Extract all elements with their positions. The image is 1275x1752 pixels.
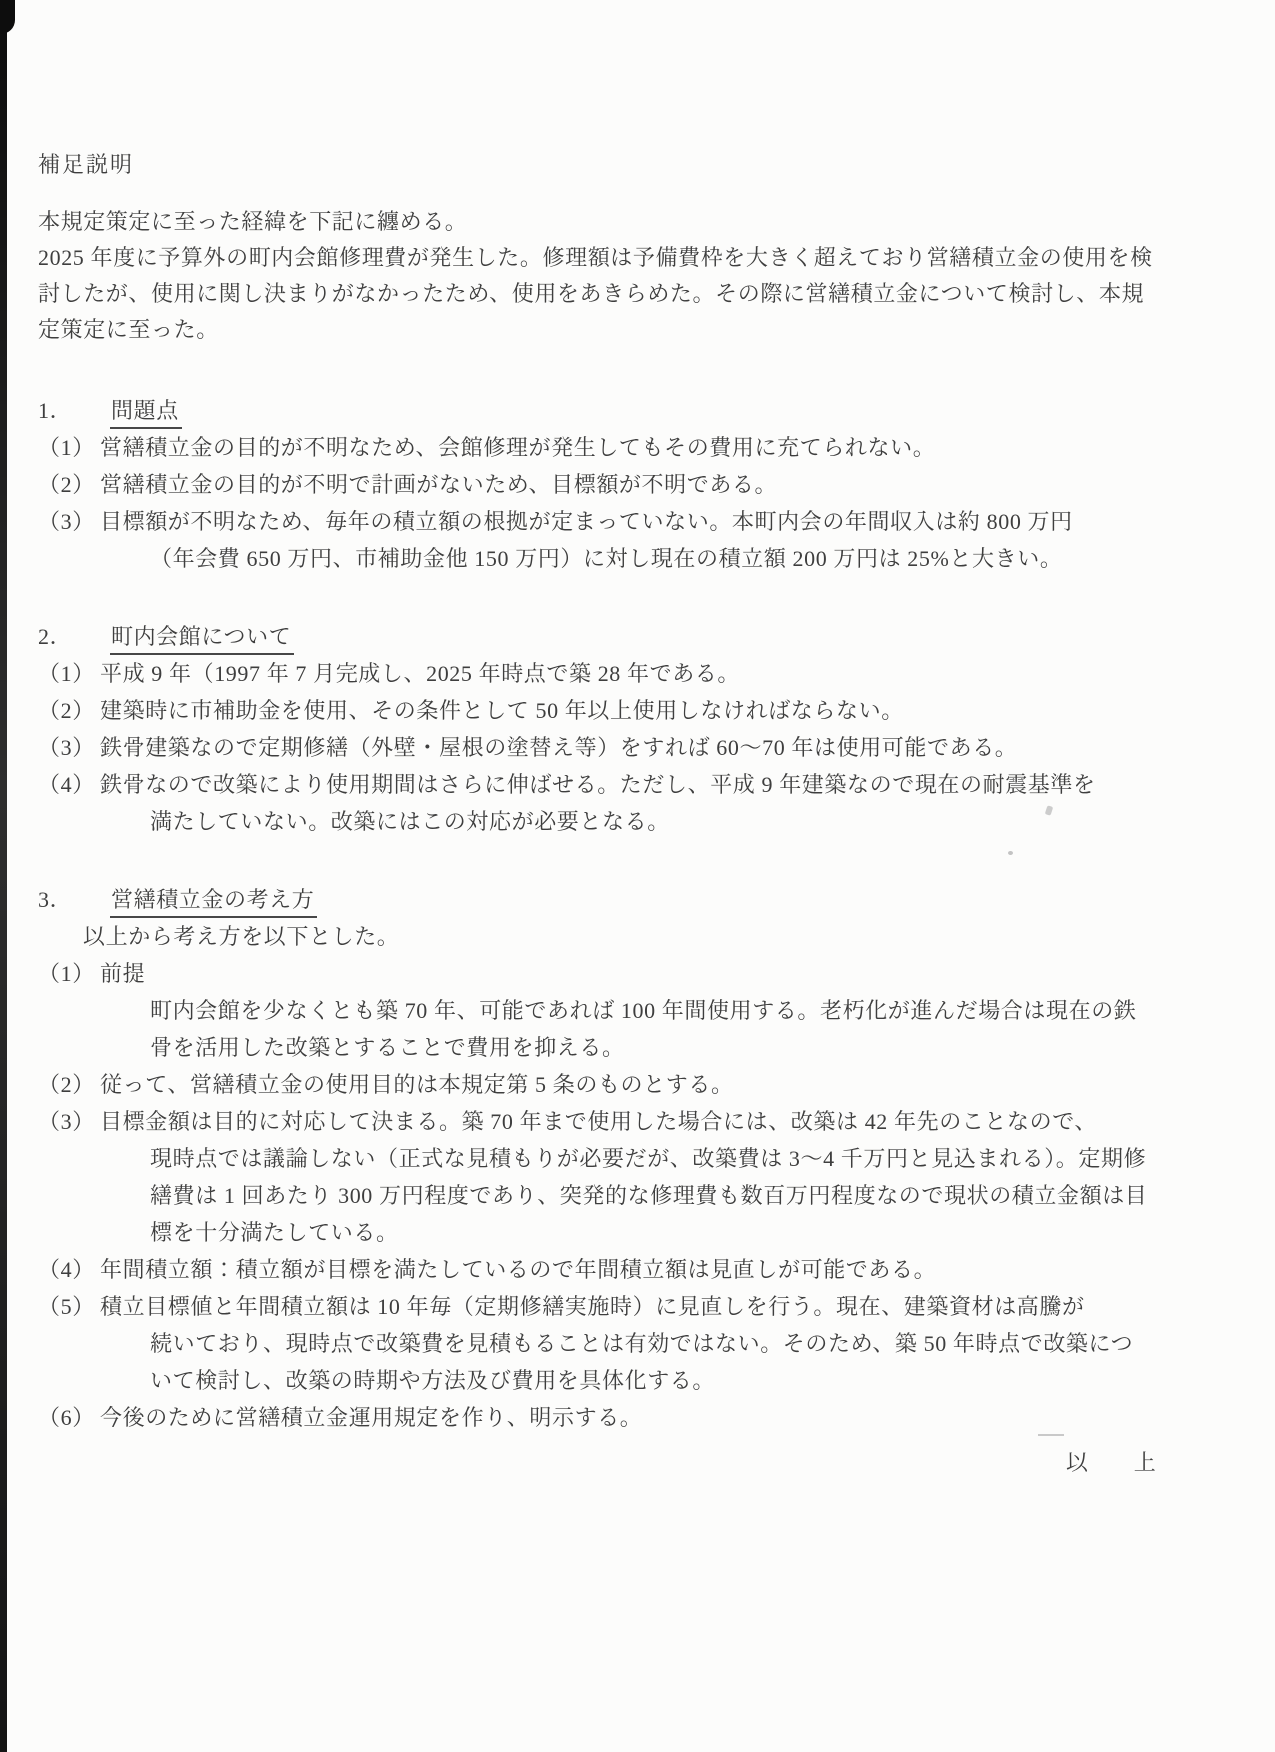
intro-paragraph: 本規定策定に至った経緯を下記に纏める。 2025 年度に予算外の町内会館修理費が… bbox=[38, 204, 1153, 348]
item-text: 鉄骨なので改築により使用期間はさらに伸ばせる。ただし、平成 9 年建築なので現在… bbox=[100, 766, 1096, 803]
section-number: 2． bbox=[38, 618, 110, 655]
closing-mark: 以 上 bbox=[1066, 1444, 1156, 1481]
item-marker: （3） bbox=[38, 729, 100, 766]
item-text: 目標額が不明なため、毎年の積立額の根拠が定まっていない。本町内会の年間収入は約 … bbox=[100, 503, 1073, 540]
item-text: 平成 9 年（1997 年 7 月完成し、2025 年時点で築 28 年である。 bbox=[100, 655, 740, 692]
section-heading-row: 2． 町内会館について bbox=[38, 618, 1275, 655]
section-number: 1． bbox=[38, 392, 110, 429]
item-marker: （1） bbox=[38, 429, 100, 466]
item-marker: （1） bbox=[38, 655, 100, 692]
item-marker: （1） bbox=[38, 955, 100, 992]
list-item: （4） 鉄骨なので改築により使用期間はさらに伸ばせる。ただし、平成 9 年建築な… bbox=[38, 766, 1275, 803]
section-heading-row: 3． 営繕積立金の考え方 bbox=[38, 881, 1275, 918]
document-title: 補足説明 bbox=[38, 150, 134, 180]
intro-line: 定策定に至った。 bbox=[38, 312, 1153, 348]
item-marker: （4） bbox=[38, 1251, 100, 1288]
item-marker: （3） bbox=[38, 1103, 100, 1140]
list-item: （1） 営繕積立金の目的が不明なため、会館修理が発生してもその費用に充てられない… bbox=[38, 429, 1275, 466]
section-lead-text: 以上から考え方を以下とした。 bbox=[38, 918, 1275, 955]
scan-artifact bbox=[1008, 851, 1013, 855]
section-number: 3． bbox=[38, 881, 110, 918]
intro-line: 本規定策定に至った経緯を下記に纏める。 bbox=[38, 204, 1153, 240]
item-text: 積立目標値と年間積立額は 10 年毎（定期修繕実施時）に見直しを行う。現在、建築… bbox=[100, 1288, 1085, 1325]
item-text: 年間積立額：積立額が目標を満たしているので年間積立額は見直しが可能である。 bbox=[100, 1251, 936, 1288]
continuation-line: 続いており、現時点で改築費を見積もることは有効ではない。そのため、築 50 年時… bbox=[38, 1325, 1275, 1362]
continuation-line: （年会費 650 万円、市補助金他 150 万円）に対し現在の積立額 200 万… bbox=[38, 540, 1275, 577]
section-heading-row: 1． 問題点 bbox=[38, 392, 1275, 429]
list-item: （1） 平成 9 年（1997 年 7 月完成し、2025 年時点で築 28 年… bbox=[38, 655, 1275, 692]
continuation-line: 骨を活用した改築とすることで費用を抑える。 bbox=[38, 1029, 1275, 1066]
item-text: 営繕積立金の目的が不明なため、会館修理が発生してもその費用に充てられない。 bbox=[100, 429, 935, 466]
list-item: （5） 積立目標値と年間積立額は 10 年毎（定期修繕実施時）に見直しを行う。現… bbox=[38, 1288, 1275, 1325]
scan-edge-corner-artifact bbox=[0, 0, 15, 34]
continuation-line: 現時点では議論しない（正式な見積もりが必要だが、改築費は 3～4 千万円と見込ま… bbox=[38, 1140, 1275, 1177]
item-marker: （2） bbox=[38, 1066, 100, 1103]
list-item: （3） 目標金額は目的に対応して決まる。築 70 年まで使用した場合には、改築は… bbox=[38, 1103, 1275, 1140]
section-heading: 営繕積立金の考え方 bbox=[110, 881, 317, 918]
item-text: 前提 bbox=[100, 955, 145, 992]
continuation-line: 標を十分満たしている。 bbox=[38, 1214, 1275, 1251]
scanned-page: 補足説明 本規定策定に至った経緯を下記に纏める。 2025 年度に予算外の町内会… bbox=[0, 0, 1275, 1752]
continuation-line: いて検討し、改築の時期や方法及び費用を具体化する。 bbox=[38, 1362, 1275, 1399]
intro-line: 2025 年度に予算外の町内会館修理費が発生した。修理額は予備費枠を大きく超えて… bbox=[38, 240, 1153, 276]
item-text: 鉄骨建築なので定期修繕（外壁・屋根の塗替え等）をすれば 60～70 年は使用可能… bbox=[100, 729, 1017, 766]
list-item: （3） 目標額が不明なため、毎年の積立額の根拠が定まっていない。本町内会の年間収… bbox=[38, 503, 1275, 540]
list-item: （1） 前提 bbox=[38, 955, 1275, 992]
item-marker: （2） bbox=[38, 466, 100, 503]
continuation-line: 繕費は 1 回あたり 300 万円程度であり、突発的な修理費も数百万円程度なので… bbox=[38, 1177, 1275, 1214]
item-marker: （6） bbox=[38, 1399, 100, 1436]
item-text: 営繕積立金の目的が不明で計画がないため、目標額が不明である。 bbox=[100, 466, 777, 503]
list-item: （6） 今後のために営繕積立金運用規定を作り、明示する。 bbox=[38, 1399, 1275, 1436]
item-marker: （4） bbox=[38, 766, 100, 803]
scan-edge-artifact bbox=[0, 0, 7, 1752]
section-reserve-policy: 3． 営繕積立金の考え方 以上から考え方を以下とした。 （1） 前提 町内会館を… bbox=[38, 881, 1275, 1436]
section-town-hall: 2． 町内会館について （1） 平成 9 年（1997 年 7 月完成し、202… bbox=[38, 618, 1275, 840]
item-marker: （5） bbox=[38, 1288, 100, 1325]
list-item: （2） 営繕積立金の目的が不明で計画がないため、目標額が不明である。 bbox=[38, 466, 1275, 503]
section-problems: 1． 問題点 （1） 営繕積立金の目的が不明なため、会館修理が発生してもその費用… bbox=[38, 392, 1275, 577]
list-item: （4） 年間積立額：積立額が目標を満たしているので年間積立額は見直しが可能である… bbox=[38, 1251, 1275, 1288]
item-marker: （2） bbox=[38, 692, 100, 729]
item-text: 従って、営繕積立金の使用目的は本規定第 5 条のものとする。 bbox=[100, 1066, 734, 1103]
item-text: 建築時に市補助金を使用、その条件として 50 年以上使用しなければならない。 bbox=[100, 692, 904, 729]
continuation-line: 町内会館を少なくとも築 70 年、可能であれば 100 年間使用する。老朽化が進… bbox=[38, 992, 1275, 1029]
section-heading: 町内会館について bbox=[110, 618, 294, 655]
list-item: （2） 建築時に市補助金を使用、その条件として 50 年以上使用しなければならな… bbox=[38, 692, 1275, 729]
item-marker: （3） bbox=[38, 503, 100, 540]
item-text: 今後のために営繕積立金運用規定を作り、明示する。 bbox=[100, 1399, 642, 1436]
section-heading: 問題点 bbox=[110, 392, 182, 429]
continuation-line: 満たしていない。改築にはこの対応が必要となる。 bbox=[38, 803, 1275, 840]
list-item: （2） 従って、営繕積立金の使用目的は本規定第 5 条のものとする。 bbox=[38, 1066, 1275, 1103]
item-text: 目標金額は目的に対応して決まる。築 70 年まで使用した場合には、改築は 42 … bbox=[100, 1103, 1097, 1140]
list-item: （3） 鉄骨建築なので定期修繕（外壁・屋根の塗替え等）をすれば 60～70 年は… bbox=[38, 729, 1275, 766]
intro-line: 討したが、使用に関し決まりがなかったため、使用をあきらめた。その際に営繕積立金に… bbox=[38, 276, 1153, 312]
